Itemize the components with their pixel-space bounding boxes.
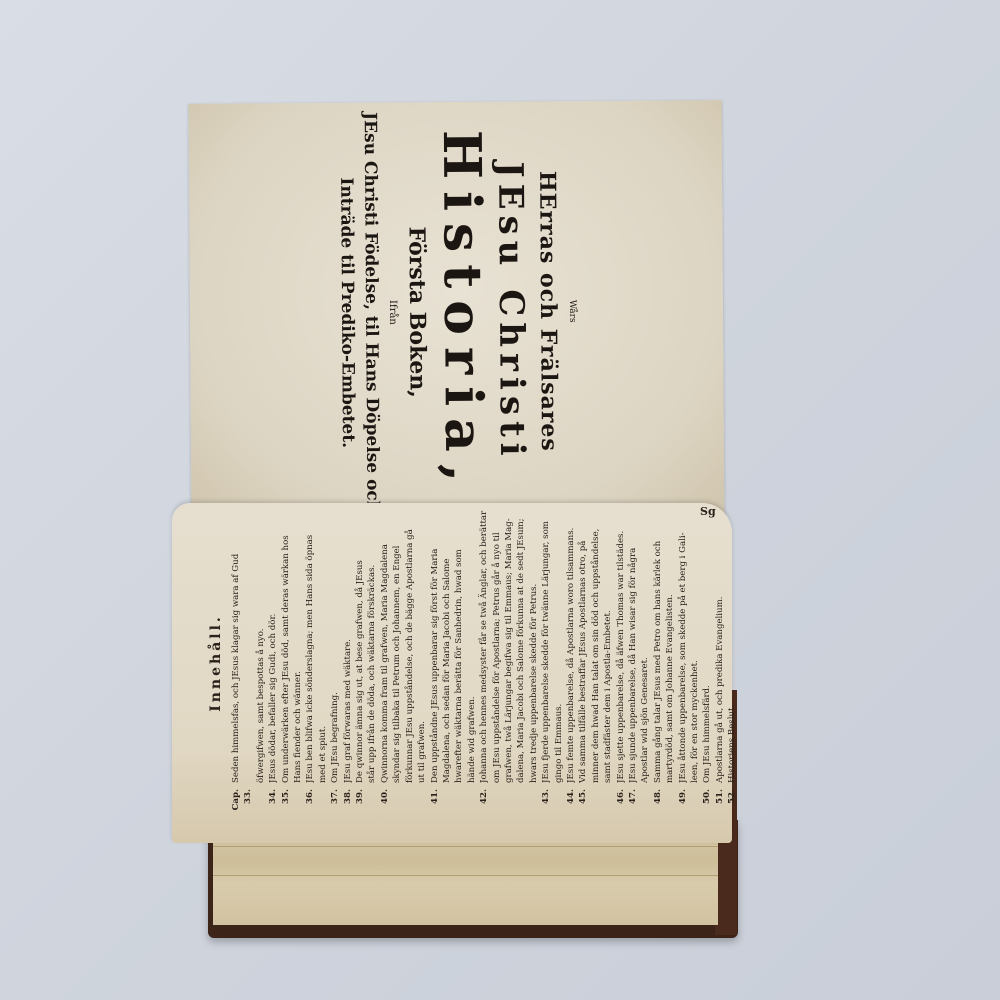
index-entry: förkunnar JEsu uppståndelse, och de bägg… (404, 503, 416, 823)
chapter-summary: Om JEsu begrafning. (329, 503, 341, 783)
index-entry: 34.JEsus dödar, befaller sig Gudi, och d… (267, 503, 279, 823)
index-entry: 51.Apostlarna gå ut, och predika Evangel… (714, 503, 726, 823)
chapter-number: 36. (304, 783, 316, 823)
chapter-summary: står upp ifrån de döda, och wäktarna för… (366, 503, 378, 783)
chapter-number: 44. (565, 783, 577, 823)
index-entry: samt stadfäster dem i Apostla-Embetet. (602, 503, 614, 823)
index-entry: Magdalena, och sedan för Maria Jacobi oc… (441, 503, 453, 823)
chapter-summary: Magdalena, och sedan för Maria Jacobi oc… (441, 503, 453, 783)
chapter-summary: gingo til Emmaus. (553, 503, 565, 783)
chapter-summary: om JEsu uppståndelse för Apostlarna; Pet… (491, 503, 503, 783)
chapter-number: 52. (726, 783, 738, 823)
chapter-number (602, 783, 614, 823)
index-entry: står upp ifrån de döda, och wäktarna för… (366, 503, 378, 823)
title-line-3: JEsu Christi (489, 101, 532, 521)
chapter-number: 39. (354, 783, 366, 823)
index-title: Innehåll. (208, 503, 224, 823)
chapter-summary: Apostlar wid sjön Genesaret. (639, 503, 651, 783)
index-list: Cap. 33.Seden himmelsfas, och JEsus klag… (230, 503, 739, 823)
index-entry: 43.JEsu fjerde uppenbarelse skedde för t… (540, 503, 552, 823)
chapter-summary: JEsu sjunde uppenbarelse, då Han wisar s… (627, 503, 639, 783)
chapter-summary: Den uppståndne JEsus uppenbarar sig förs… (429, 503, 441, 783)
index-entry: grafwen, twå Lärjungar begifwa sig til E… (503, 503, 515, 823)
chapter-summary: Om JEsu himmelsfärd. (701, 503, 713, 783)
chapter-number: 46. (615, 783, 627, 823)
chapter-summary: JEsu ben blifwa icke sönderslagna; men H… (304, 503, 316, 783)
chapter-summary: hwars tredje uppenbarelse skedde för Pet… (528, 503, 540, 783)
chapter-number (317, 783, 329, 823)
index-entry: Apostlar wid sjön Genesaret. (639, 503, 651, 823)
index-entry: 50.Om JEsu himmelsfärd. (701, 503, 713, 823)
chapter-summary: JEsus dödar, befaller sig Gudi, och dör. (267, 503, 279, 783)
chapter-number (453, 783, 465, 823)
chapter-summary: minner dem hwad Han talat om sin död och… (590, 503, 602, 783)
index-entry: Hans fiender och wänner. (292, 503, 304, 823)
chapter-number (590, 783, 602, 823)
index-entry: martyrdöd, samt om Johanne Evangelisten. (664, 503, 676, 823)
chapter-number: 47. (627, 783, 639, 823)
chapter-number (515, 783, 527, 823)
title-line-5: Första Boken, (402, 102, 431, 522)
index-entry: 42.Johanna och hennes medsyster får se t… (478, 503, 490, 823)
chapter-summary: ut til grafwen. (416, 503, 428, 783)
index-entry: hwars tredje uppenbarelse skedde för Pet… (528, 503, 540, 823)
chapter-number (664, 783, 676, 823)
index-entry: skyndar sig tilbaka til Petrum och Johan… (391, 503, 403, 823)
index-entry: hände wid grafwen. (466, 503, 478, 823)
index-entry: Cap. 33.Seden himmelsfas, och JEsus klag… (230, 503, 255, 823)
chapter-number: 48. (652, 783, 664, 823)
chapter-number (292, 783, 304, 823)
index-entry: 47.JEsu sjunde uppenbarelse, då Han wisa… (627, 503, 639, 823)
chapter-summary: JEsu graf förwaras med wäktare. (342, 503, 354, 783)
index-entry: ut til grafwen. (416, 503, 428, 823)
chapter-number: 40. (379, 783, 391, 823)
chapter-summary: Apostlarna gå ut, och predika Evangelium… (714, 503, 726, 783)
title-main-word: Historia, (432, 102, 492, 522)
chapter-number: 41. (429, 783, 441, 823)
index-entry: om JEsu uppståndelse för Apostlarna; Pet… (491, 503, 503, 823)
index-entry: 41.Den uppståndne JEsus uppenbarar sig f… (429, 503, 441, 823)
chapter-number: 42. (478, 783, 490, 823)
chapter-summary: Johanna och hennes medsyster får se twå … (478, 503, 490, 783)
chapter-summary: Historiens Beslut. (726, 503, 738, 783)
index-entry: 37.Om JEsu begrafning. (329, 503, 341, 823)
chapter-number (503, 783, 515, 823)
chapter-summary: Hans fiender och wänner. (292, 503, 304, 783)
chapter-summary: hände wid grafwen. (466, 503, 478, 783)
chapter-number (366, 783, 378, 823)
chapter-number: 34. (267, 783, 279, 823)
chapter-summary: hwarefter wäktarna berätta för Sanhedrin… (453, 503, 465, 783)
chapter-summary: förkunnar JEsu uppståndelse, och de bägg… (404, 503, 416, 783)
index-entry: 46.JEsu sjette uppenbarelse, då äfwen Th… (615, 503, 627, 823)
chapter-summary: skyndar sig tilbaka til Petrum och Johan… (391, 503, 403, 783)
chapter-number: 35. (280, 783, 292, 823)
chapter-summary: öfwergifwen, samt bespottas å nyo. (255, 503, 267, 783)
open-book: Wårs HErras och Frälsares JEsu Christi H… (0, 0, 1000, 1000)
chapter-number: 45. (577, 783, 589, 823)
index-page[interactable]: Innehåll. Cap. 33.Seden himmelsfas, och … (172, 503, 732, 843)
chapter-summary: Samma gång talar JEsus med Petro om hans… (652, 503, 664, 783)
title-line-1: Wårs (565, 101, 578, 521)
chapter-summary: Om underwärken efter JEsu död, samt dera… (280, 503, 292, 783)
chapter-summary: JEsu sjette uppenbarelse, då äfwen Thoma… (615, 503, 627, 783)
chapter-number: 50. (701, 783, 713, 823)
index-entry: öfwergifwen, samt bespottas å nyo. (255, 503, 267, 823)
index-entry: 45.Vid samma tilfälle bestraffar JEsus A… (577, 503, 589, 823)
index-entry: 35.Om underwärken efter JEsu död, samt d… (280, 503, 292, 823)
title-page-text: Wårs HErras och Frälsares JEsu Christi H… (335, 101, 578, 523)
chapter-number: 37. (329, 783, 341, 823)
chapter-summary: dalena, Maria Jacobi och Salome förkunna… (515, 503, 527, 783)
index-entry: 44.JEsu femte uppenbarelse, då Apostlarn… (565, 503, 577, 823)
chapter-number: 49. (677, 783, 689, 823)
chapter-summary: martyrdöd, samt om Johanne Evangelisten. (664, 503, 676, 783)
chapter-summary: med et spiut. (317, 503, 329, 783)
index-entry: 49.JEsu åttonde uppenbarelse, som skedde… (677, 503, 689, 823)
index-entry: dalena, Maria Jacobi och Salome förkunna… (515, 503, 527, 823)
chapter-number (441, 783, 453, 823)
chapter-number (255, 783, 267, 823)
index-entry: 40.Qwinnorna komma fram til grafwen, Mar… (379, 503, 391, 823)
index-entry: 36.JEsu ben blifwa icke sönderslagna; me… (304, 503, 316, 823)
title-line-2: HErras och Frälsares (533, 101, 562, 521)
index-entry: 38.JEsu graf förwaras med wäktare. (342, 503, 354, 823)
index-content: Innehåll. Cap. 33.Seden himmelsfas, och … (200, 503, 720, 823)
index-entry: leen, för en stor myckenhet. (689, 503, 701, 823)
chapter-number (404, 783, 416, 823)
chapter-number (553, 783, 565, 823)
chapter-summary: JEsu femte uppenbarelse, då Apostlarna w… (565, 503, 577, 783)
chapter-number (416, 783, 428, 823)
chapter-number: 43. (540, 783, 552, 823)
index-entry: gingo til Emmaus. (553, 503, 565, 823)
chapter-summary: Qwinnorna komma fram til grafwen, Maria … (379, 503, 391, 783)
chapter-summary: samt stadfäster dem i Apostla-Embetet. (602, 503, 614, 783)
chapter-summary: leen, för en stor myckenhet. (689, 503, 701, 783)
title-line-6: Ifrån (385, 102, 399, 522)
chapter-summary: JEsu åttonde uppenbarelse, som skedde på… (677, 503, 689, 783)
chapter-number (528, 783, 540, 823)
catchword: Sg (700, 505, 716, 518)
index-entry: minner dem hwad Han talat om sin död och… (590, 503, 602, 823)
chapter-number (689, 783, 701, 823)
chapter-summary: Seden himmelsfas, och JEsus klagar sig w… (230, 503, 255, 783)
index-entry: 39.De qwinnor ämna sig ut, at bese grafw… (354, 503, 366, 823)
index-entry: med et spiut. (317, 503, 329, 823)
title-line-8: Inträde til Prediko-Embetet. (335, 103, 358, 523)
index-entry: 48.Samma gång talar JEsus med Petro om h… (652, 503, 664, 823)
title-line-7: JEsu Christi Födelse, til Hans Döpelse o… (359, 103, 382, 523)
chapter-number (491, 783, 503, 823)
chapter-number (639, 783, 651, 823)
chapter-number (466, 783, 478, 823)
chapter-number: 38. (342, 783, 354, 823)
index-entry: hwarefter wäktarna berätta för Sanhedrin… (453, 503, 465, 823)
title-page: Wårs HErras och Frälsares JEsu Christi H… (189, 100, 725, 524)
chapter-number: 51. (714, 783, 726, 823)
chapter-number: Cap. 33. (230, 783, 255, 823)
chapter-summary: grafwen, twå Lärjungar begifwa sig til E… (503, 503, 515, 783)
index-entry: 52.Historiens Beslut. (726, 503, 738, 823)
chapter-number (391, 783, 403, 823)
chapter-summary: De qwinnor ämna sig ut, at bese grafwen,… (354, 503, 366, 783)
chapter-summary: JEsu fjerde uppenbarelse skedde för twän… (540, 503, 552, 783)
chapter-summary: Vid samma tilfälle bestraffar JEsus Apos… (577, 503, 589, 783)
